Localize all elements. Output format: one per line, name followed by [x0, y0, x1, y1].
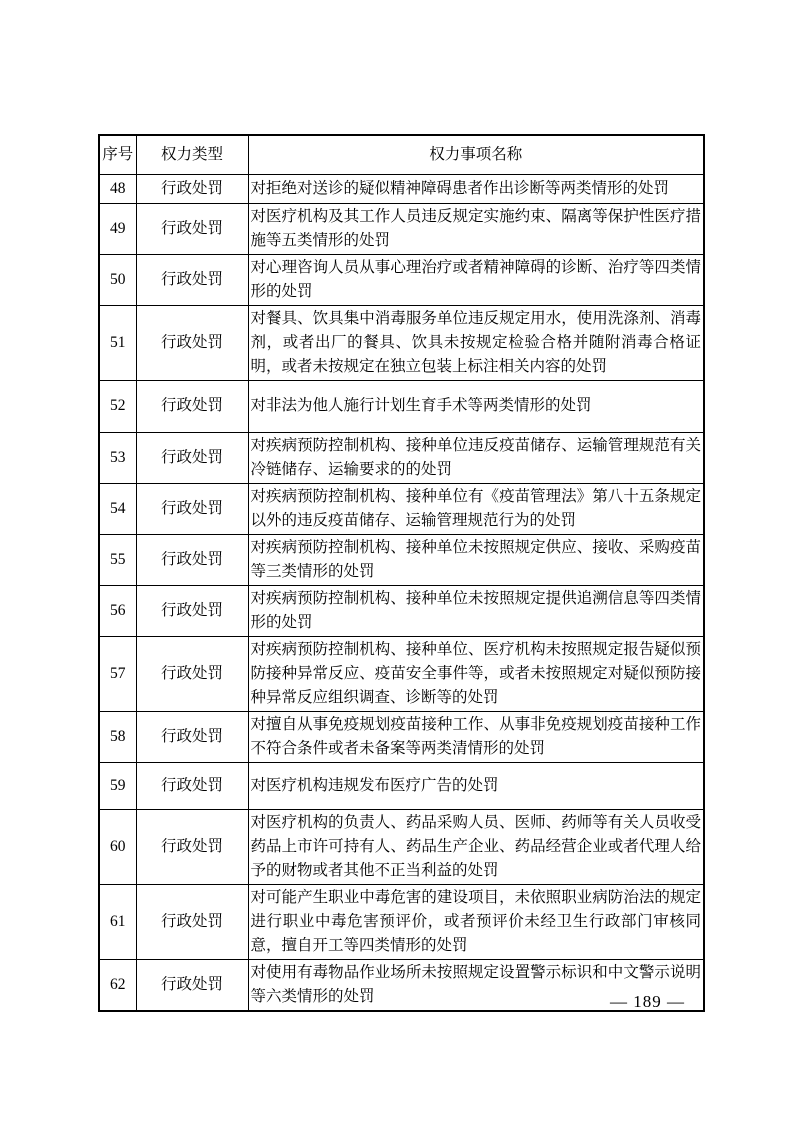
cell-serial-number: 53	[99, 432, 136, 483]
cell-serial-number: 49	[99, 203, 136, 254]
cell-power-type: 行政处罚	[136, 809, 248, 884]
cell-power-type: 行政处罚	[136, 762, 248, 809]
cell-power-type: 行政处罚	[136, 636, 248, 711]
cell-item-name: 对医疗机构违规发布医疗广告的处罚	[248, 762, 704, 809]
column-header-serial-number: 序号	[99, 135, 136, 174]
cell-serial-number: 57	[99, 636, 136, 711]
cell-power-type: 行政处罚	[136, 884, 248, 959]
cell-power-type: 行政处罚	[136, 305, 248, 380]
cell-item-name: 对非法为他人施行计划生育手术等两类情形的处罚	[248, 380, 704, 432]
table-row: 50 行政处罚 对心理咨询人员从事心理治疗或者精神障碍的诊断、治疗等四类情形的处…	[99, 254, 704, 305]
cell-serial-number: 60	[99, 809, 136, 884]
cell-power-type: 行政处罚	[136, 534, 248, 585]
cell-serial-number: 59	[99, 762, 136, 809]
table-header-row: 序号 权力类型 权力事项名称	[99, 135, 704, 174]
table-row: 59 行政处罚 对医疗机构违规发布医疗广告的处罚	[99, 762, 704, 809]
table-row: 55 行政处罚 对疾病预防控制机构、接种单位未按照规定供应、接收、采购疫苗等三类…	[99, 534, 704, 585]
cell-power-type: 行政处罚	[136, 174, 248, 203]
table-row: 51 行政处罚 对餐具、饮具集中消毒服务单位违反规定用水，使用洗涤剂、消毒剂，或…	[99, 305, 704, 380]
cell-item-name: 对可能产生职业中毒危害的建设项目，未依照职业病防治法的规定进行职业中毒危害预评价…	[248, 884, 704, 959]
cell-power-type: 行政处罚	[136, 203, 248, 254]
table-row: 57 行政处罚 对疾病预防控制机构、接种单位、医疗机构未按照规定报告疑似预防接种…	[99, 636, 704, 711]
cell-item-name: 对疾病预防控制机构、接种单位、医疗机构未按照规定报告疑似预防接种异常反应、疫苗安…	[248, 636, 704, 711]
table-row: 49 行政处罚 对医疗机构及其工作人员违反规定实施约束、隔离等保护性医疗措施等五…	[99, 203, 704, 254]
authority-items-table: 序号 权力类型 权力事项名称 48 行政处罚 对拒绝对送诊的疑似精神障碍患者作出…	[98, 134, 705, 1012]
column-header-power-type: 权力类型	[136, 135, 248, 174]
table-row: 52 行政处罚 对非法为他人施行计划生育手术等两类情形的处罚	[99, 380, 704, 432]
table-row: 48 行政处罚 对拒绝对送诊的疑似精神障碍患者作出诊断等两类情形的处罚	[99, 174, 704, 203]
table-row: 56 行政处罚 对疾病预防控制机构、接种单位未按照规定提供追溯信息等四类情形的处…	[99, 585, 704, 636]
cell-power-type: 行政处罚	[136, 585, 248, 636]
cell-power-type: 行政处罚	[136, 711, 248, 762]
cell-serial-number: 55	[99, 534, 136, 585]
cell-serial-number: 50	[99, 254, 136, 305]
cell-item-name: 对疾病预防控制机构、接种单位未按照规定提供追溯信息等四类情形的处罚	[248, 585, 704, 636]
cell-item-name: 对心理咨询人员从事心理治疗或者精神障碍的诊断、治疗等四类情形的处罚	[248, 254, 704, 305]
cell-item-name: 对擅自从事免疫规划疫苗接种工作、从事非免疫规划疫苗接种工作不符合条件或者未备案等…	[248, 711, 704, 762]
cell-item-name: 对拒绝对送诊的疑似精神障碍患者作出诊断等两类情形的处罚	[248, 174, 704, 203]
cell-power-type: 行政处罚	[136, 432, 248, 483]
table-row: 60 行政处罚 对医疗机构的负责人、药品采购人员、医师、药师等有关人员收受药品上…	[99, 809, 704, 884]
cell-serial-number: 48	[99, 174, 136, 203]
document-page: 序号 权力类型 权力事项名称 48 行政处罚 对拒绝对送诊的疑似精神障碍患者作出…	[0, 0, 793, 1122]
page-number: — 189 —	[98, 992, 703, 1012]
cell-serial-number: 52	[99, 380, 136, 432]
cell-item-name: 对疾病预防控制机构、接种单位未按照规定供应、接收、采购疫苗等三类情形的处罚	[248, 534, 704, 585]
table-row: 61 行政处罚 对可能产生职业中毒危害的建设项目，未依照职业病防治法的规定进行职…	[99, 884, 704, 959]
cell-serial-number: 58	[99, 711, 136, 762]
table-row: 54 行政处罚 对疾病预防控制机构、接种单位有《疫苗管理法》第八十五条规定以外的…	[99, 483, 704, 534]
table-row: 53 行政处罚 对疾病预防控制机构、接种单位违反疫苗储存、运输管理规范有关冷链储…	[99, 432, 704, 483]
table-row: 58 行政处罚 对擅自从事免疫规划疫苗接种工作、从事非免疫规划疫苗接种工作不符合…	[99, 711, 704, 762]
table-body: 48 行政处罚 对拒绝对送诊的疑似精神障碍患者作出诊断等两类情形的处罚 49 行…	[99, 174, 704, 1011]
cell-item-name: 对疾病预防控制机构、接种单位违反疫苗储存、运输管理规范有关冷链储存、运输要求的的…	[248, 432, 704, 483]
cell-serial-number: 54	[99, 483, 136, 534]
cell-item-name: 对医疗机构的负责人、药品采购人员、医师、药师等有关人员收受药品上市许可持有人、药…	[248, 809, 704, 884]
cell-serial-number: 51	[99, 305, 136, 380]
column-header-item-name: 权力事项名称	[248, 135, 704, 174]
cell-power-type: 行政处罚	[136, 254, 248, 305]
cell-item-name: 对餐具、饮具集中消毒服务单位违反规定用水，使用洗涤剂、消毒剂，或者出厂的餐具、饮…	[248, 305, 704, 380]
cell-serial-number: 61	[99, 884, 136, 959]
cell-serial-number: 56	[99, 585, 136, 636]
cell-power-type: 行政处罚	[136, 483, 248, 534]
cell-item-name: 对医疗机构及其工作人员违反规定实施约束、隔离等保护性医疗措施等五类情形的处罚	[248, 203, 704, 254]
cell-power-type: 行政处罚	[136, 380, 248, 432]
cell-item-name: 对疾病预防控制机构、接种单位有《疫苗管理法》第八十五条规定以外的违反疫苗储存、运…	[248, 483, 704, 534]
